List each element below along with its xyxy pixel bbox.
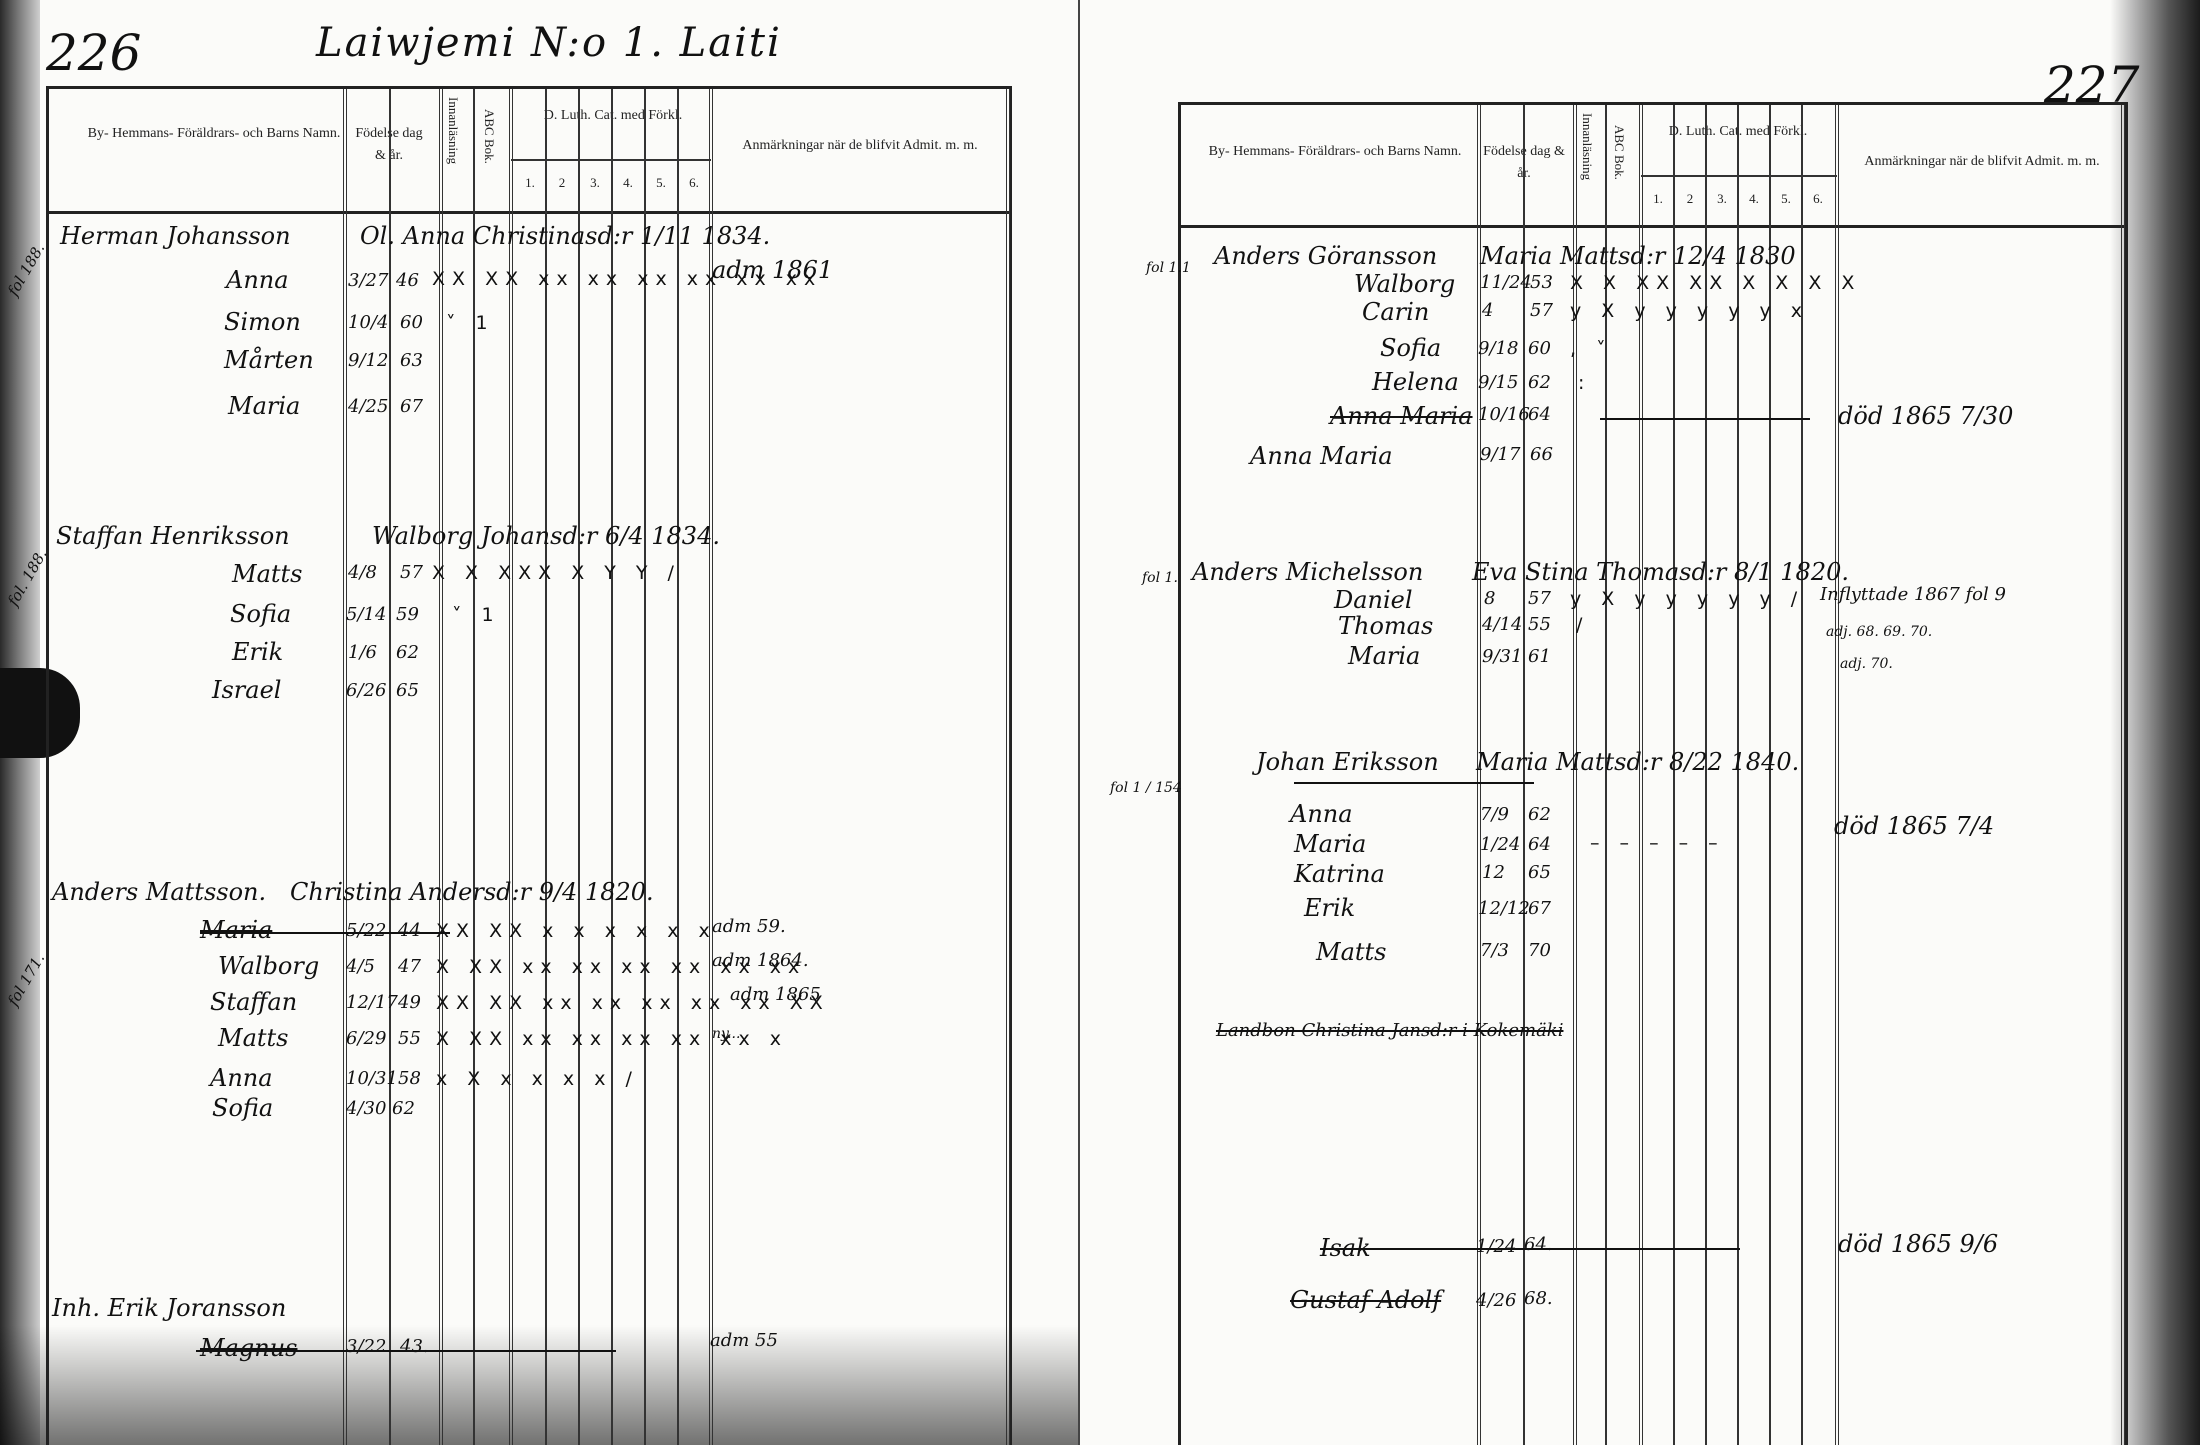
margin-note: fol 1. <box>1142 570 1178 586</box>
child-year: 63 <box>400 350 423 371</box>
child-birth-day: 9/15 <box>1478 372 1518 393</box>
family-head: Anders Michelsson <box>1192 558 1423 586</box>
col-divider <box>509 89 513 1445</box>
header-abc-col: ABC Bok. <box>481 109 497 199</box>
child-birth-day: 4/5 <box>346 956 375 977</box>
header-name-col: By- Hemmans- Föräldrars- och Barns Namn. <box>1195 141 1475 163</box>
child-name: Katrina <box>1294 860 1385 888</box>
child-birth-day: 5/14 <box>346 604 386 625</box>
child-year: 43. <box>400 1336 429 1357</box>
child-birth-day: 9/12 <box>348 350 388 371</box>
child-remark: ny... <box>712 1026 740 1042</box>
margin-note: fol 1.1 <box>1146 260 1191 276</box>
child-birth-day: 7/9 <box>1480 804 1509 825</box>
child-name: Anna <box>226 266 289 294</box>
catechism-sub-5: 5. <box>1773 191 1799 207</box>
child-year: 55 <box>398 1028 421 1049</box>
catechism-marks: , ˅ <box>1570 338 1613 360</box>
child-year: 64 <box>1528 404 1551 425</box>
catechism-sub-4: 4. <box>615 175 641 191</box>
catechism-sub-2: 2 <box>1677 191 1703 207</box>
child-name: Erik <box>1304 894 1355 922</box>
child-remark: adm 55 <box>710 1330 778 1351</box>
child-year: 61 <box>1528 646 1551 667</box>
family-head: Staffan Henriksson <box>56 522 290 550</box>
catechism-sub-3: 3. <box>582 175 608 191</box>
child-birth-day: 1/24 <box>1476 1236 1516 1257</box>
catechism-marks: ˅ 1 <box>452 604 501 626</box>
child-name: Thomas <box>1338 612 1433 640</box>
family-head: Inh. Erik Joransson <box>52 1294 286 1322</box>
family-spouse: Christina Andersd:r 9/4 1820. <box>290 878 654 906</box>
child-year: 57 <box>400 562 423 583</box>
child-birth-day: 1/24 <box>1480 834 1520 855</box>
child-year: 59 <box>396 604 419 625</box>
child-birth-day: 12 <box>1482 862 1505 883</box>
catechism-marks: y X y y y y y x <box>1570 300 1809 322</box>
family-spouse: Maria Mattsd:r 8/22 1840. <box>1476 748 1799 776</box>
child-year: 66 <box>1530 444 1553 465</box>
catechism-sub-1: 1. <box>1645 191 1671 207</box>
child-birth-day: 10/31 <box>346 1068 398 1089</box>
child-name: Israel <box>212 676 281 704</box>
child-name: Maria <box>200 916 272 944</box>
catechism-marks: x X x x x x / <box>436 1068 639 1090</box>
child-name: Matts <box>232 560 303 588</box>
struck-entry: Landbon Christina Jansd:r i Kokemäki <box>1216 1020 1563 1041</box>
child-birth-day: 6/29 <box>346 1028 386 1049</box>
child-name: Erik <box>232 638 283 666</box>
catechism-sub-6: 6. <box>681 175 707 191</box>
header-remarks-col: Anmärkningar när de blifvit Admit. m. m. <box>715 135 1005 157</box>
child-name: Matts <box>218 1024 289 1052</box>
child-name: Maria <box>1294 830 1366 858</box>
child-name: Simon <box>224 308 301 336</box>
catechism-marks: : <box>1578 372 1591 394</box>
header-reading-col: Innanläsning <box>1579 113 1595 223</box>
child-name: Anna <box>210 1064 273 1092</box>
child-year: 60 <box>400 312 423 333</box>
table-header: By- Hemmans- Föräldrars- och Barns Namn.… <box>1181 105 2125 228</box>
catechism-marks: – – – – – <box>1590 832 1725 854</box>
child-year: 55 <box>1528 614 1551 635</box>
child-name: Walborg <box>1354 270 1455 298</box>
family-spouse: Maria Mattsd:r 12/4 1830 <box>1480 242 1796 270</box>
child-birth-day: 11/24 <box>1480 272 1532 293</box>
catechism-marks: / <box>1576 614 1589 636</box>
child-birth-day: 4/30 <box>346 1098 386 1119</box>
child-birth-day: 9/18 <box>1478 338 1518 359</box>
family-spouse: Ol. Anna Christinasd:r 1/11 1834. <box>360 222 770 250</box>
col-divider <box>389 89 391 1445</box>
header-name-col: By- Hemmans- Föräldrars- och Barns Namn. <box>69 123 359 145</box>
strike-line <box>196 1350 616 1352</box>
child-name: Sofia <box>1380 334 1441 362</box>
family-head: Anders Göransson <box>1214 242 1437 270</box>
child-birth-day: 4/26 <box>1476 1290 1516 1311</box>
family-spouse: Eva Stina Thomasd:r 8/1 1820. <box>1472 558 1849 586</box>
child-name: Anna <box>1290 800 1353 828</box>
catechism-marks: y X y y y y y / <box>1570 588 1804 610</box>
table-header: By- Hemmans- Föräldrars- och Barns Namn.… <box>49 89 1009 214</box>
child-name: Maria <box>1348 642 1420 670</box>
catechism-marks: X X XXX X Y Y / <box>432 562 681 584</box>
child-birth-day: 3/27 <box>348 270 388 291</box>
family-spouse: Walborg Johansd:r 6/4 1834. <box>372 522 720 550</box>
child-name: Magnus <box>200 1334 297 1362</box>
col-divider <box>1006 89 1010 1445</box>
child-remark: adm 1861 <box>712 256 833 284</box>
col-divider <box>439 89 443 1445</box>
child-year: 53 <box>1530 272 1553 293</box>
child-name: Anna Maria <box>1250 442 1393 470</box>
col-divider <box>2121 105 2125 1445</box>
family-head: Herman Johansson <box>60 222 291 250</box>
child-birth-day: 10/4 <box>348 312 388 333</box>
child-name: Gustaf Adolf <box>1290 1286 1441 1314</box>
child-year: 65 <box>1528 862 1551 883</box>
child-birth-day: 9/31 <box>1482 646 1522 667</box>
strike-line <box>200 932 450 934</box>
child-birth-day: 4 <box>1482 300 1493 321</box>
child-birth-day: 12/12 <box>1478 898 1530 919</box>
child-remark: Inflyttade 1867 fol 9 <box>1820 584 2006 605</box>
child-name: Anna Maria <box>1330 402 1473 430</box>
family-head: Johan Eriksson <box>1256 748 1439 776</box>
child-remark: adj. 68. 69. 70. <box>1826 624 1932 640</box>
margin-note: fol 1 / 154 <box>1110 780 1182 796</box>
child-remark: adm 1865 <box>730 984 821 1005</box>
child-name: Sofia <box>212 1094 273 1122</box>
child-year: 67 <box>1528 898 1551 919</box>
child-year: 57 <box>1530 300 1553 321</box>
child-birth-day: 1/6 <box>348 642 377 663</box>
child-remark: adm 59. <box>712 916 786 937</box>
col-divider <box>545 89 547 1445</box>
child-birth-day: 8 <box>1484 588 1495 609</box>
col-divider <box>677 89 679 1445</box>
catechism-sub-4: 4. <box>1741 191 1767 207</box>
child-year: 44 <box>398 920 421 941</box>
child-year: 70 <box>1528 940 1551 961</box>
catechism-marks: ˅ 1 <box>446 312 495 334</box>
catechism-sub-2: 2 <box>549 175 575 191</box>
catechism-sub-5: 5. <box>648 175 674 191</box>
child-year: 49 <box>398 992 421 1013</box>
child-remark: död 1865 7/30 <box>1838 402 2013 430</box>
child-name: Carin <box>1362 298 1429 326</box>
child-year: 62 <box>1528 804 1551 825</box>
child-birth-day: 12/17 <box>346 992 398 1013</box>
catechism-sub-1: 1. <box>517 175 543 191</box>
child-year: 62 <box>396 642 419 663</box>
child-name: Sofia <box>230 600 291 628</box>
child-birth-day: 6/26 <box>346 680 386 701</box>
catechism-sub-6: 6. <box>1805 191 1831 207</box>
child-year: 47 <box>398 956 421 977</box>
child-name: Daniel <box>1334 586 1413 614</box>
child-remark: adm 1864. <box>712 950 809 971</box>
catechism-marks: X X XX XX X X X X <box>1570 272 1861 294</box>
col-divider <box>343 89 347 1445</box>
catechism-divider <box>1641 175 1837 177</box>
child-name: Maria <box>228 392 300 420</box>
child-year: 64. <box>1524 1234 1553 1255</box>
left-page: 226 Laiwjemi N:o 1. Laiti By- Hemmans- F… <box>0 0 1080 1445</box>
strike-line <box>1320 1248 1740 1250</box>
right-page: 227 By- Hemmans- Föräldrars- och Barns N… <box>1080 0 2200 1445</box>
child-birth-day: 4/25 <box>348 396 388 417</box>
col-divider <box>644 89 646 1445</box>
child-year: 62 <box>1528 372 1551 393</box>
catechism-sub-3: 3. <box>1709 191 1735 207</box>
child-birth-day: 7/3 <box>1480 940 1509 961</box>
child-remark: död 1865 9/6 <box>1838 1230 1998 1258</box>
child-birth-day: 9/17 <box>1480 444 1520 465</box>
child-birth-day: 3/22 <box>346 1336 386 1357</box>
child-remark: död 1865 7/4 <box>1834 812 1994 840</box>
page-number: 226 <box>46 24 141 82</box>
child-year: 67 <box>400 396 423 417</box>
col-divider <box>611 89 613 1445</box>
child-year: 60 <box>1528 338 1551 359</box>
child-year: 68. <box>1524 1288 1553 1309</box>
strike-line <box>1600 418 1810 420</box>
child-name: Matts <box>1316 938 1387 966</box>
page-title: Laiwjemi N:o 1. Laiti <box>316 20 782 66</box>
header-remarks-col: Anmärkningar när de blifvit Admit. m. m. <box>1841 151 2123 173</box>
child-year: 64 <box>1528 834 1551 855</box>
child-year: 62 <box>392 1098 415 1119</box>
header-reading-col: Innanläsning <box>445 97 461 207</box>
col-divider <box>578 89 580 1445</box>
child-year: 65 <box>396 680 419 701</box>
child-year: 46 <box>396 270 419 291</box>
col-divider <box>473 89 475 1445</box>
child-name: Helena <box>1372 368 1459 396</box>
child-birth-day: 4/8 <box>348 562 377 583</box>
catechism-marks: XX XX x x x x x x <box>436 920 717 942</box>
col-divider <box>709 89 713 1445</box>
child-year: 58 <box>398 1068 421 1089</box>
header-abc-col: ABC Bok. <box>1611 125 1627 215</box>
underline <box>1294 782 1534 784</box>
child-name: Walborg <box>218 952 319 980</box>
child-remark: adj. 70. <box>1840 656 1893 672</box>
child-birth-day: 4/14 <box>1482 614 1522 635</box>
child-name: Mårten <box>224 346 314 374</box>
family-head: Anders Mattsson. <box>52 878 266 906</box>
child-birth-day: 5/22 <box>346 920 386 941</box>
child-year: 57 <box>1528 588 1551 609</box>
child-birth-day: 10/16 <box>1478 404 1530 425</box>
child-name: Staffan <box>210 988 297 1016</box>
